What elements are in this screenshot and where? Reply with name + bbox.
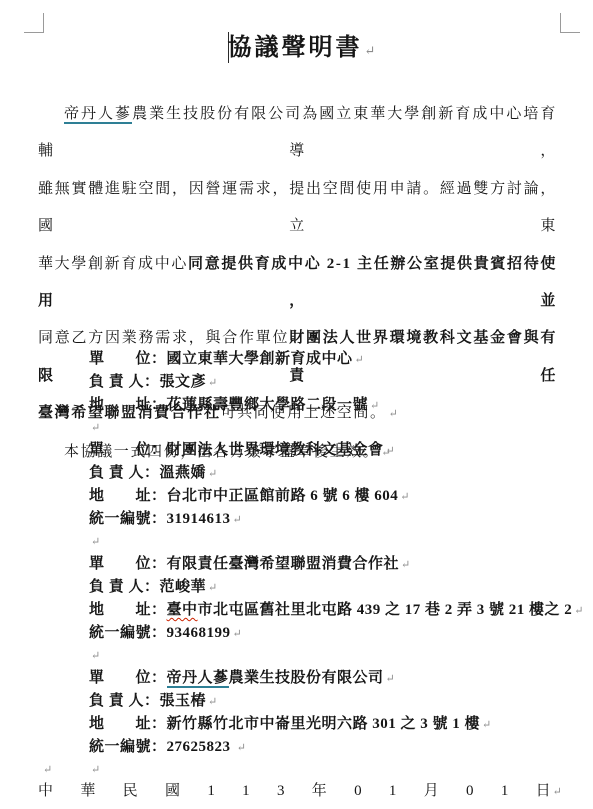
taxid-value: 93468199 xyxy=(167,625,231,641)
paragraph-mark-icon: ↵ xyxy=(368,400,379,412)
person-value: 范峻華 xyxy=(160,579,207,595)
address-value: 花蓮縣壽豐鄉大學路二段一號 xyxy=(167,397,369,413)
person-label: 負 責 人： xyxy=(89,374,160,390)
taxid-value: 27625823 xyxy=(167,739,235,755)
paragraph-mark-icon: ↵ xyxy=(89,650,100,662)
paragraph-mark-icon: ↵ xyxy=(231,628,242,640)
paragraph-mark-icon: ↵ xyxy=(353,354,364,366)
party2-taxid-row: 統一編號：31914613↵ xyxy=(89,509,584,532)
paragraph-text: 同意乙方因業務需求，與合作單位 xyxy=(38,330,289,346)
address-label: 地 址： xyxy=(89,488,167,504)
party4-person-row: 負 責 人：張玉椿↵ xyxy=(89,691,584,714)
unit-label: 單 位： xyxy=(89,556,167,572)
taxid-label: 統一編號： xyxy=(89,511,167,527)
paragraph-text: 華大學創新育成中心 xyxy=(38,256,188,272)
party2-address-row: 地 址：台北市中正區館前路 6 號 6 樓 604↵ xyxy=(89,486,584,509)
party3-unit-row: 單 位：有限責任臺灣希望聯盟消費合作社↵ xyxy=(89,554,584,577)
address-label: 地 址： xyxy=(89,602,167,618)
paragraph-mark-icon: ↵ xyxy=(206,468,217,480)
unit-label: 單 位： xyxy=(89,670,167,686)
margin-corner-mark-top-right xyxy=(560,13,580,33)
party4-unit-row: 單 位：帝丹人蔘農業生技股份有限公司↵ xyxy=(89,668,584,691)
paragraph-mark-icon: ↵ xyxy=(235,742,246,754)
paragraph-mark-icon: ↵ xyxy=(231,514,242,526)
paragraph-mark-icon: ↵ xyxy=(398,491,409,503)
paragraph-mark-icon: ↵ xyxy=(206,696,217,708)
address-value: 市北屯區舊社里北屯路 439 之 17 巷 2 弄 3 號 21 樓之 2 xyxy=(198,602,573,618)
party1-person-row: 負 責 人：張文彥↵ xyxy=(89,372,584,395)
address-value: 台北市中正區館前路 6 號 6 樓 604 xyxy=(167,488,399,504)
address-label: 地 址： xyxy=(89,716,167,732)
party1-unit-row: 單 位：國立東華大學創新育成中心↵ xyxy=(89,349,584,372)
unit-value: 國立東華大學創新育成中心 xyxy=(167,351,353,367)
party3-taxid-row: 統一編號：93468199↵ xyxy=(89,623,584,646)
paragraph-mark-icon: ↵ xyxy=(572,605,583,617)
person-label: 負 責 人： xyxy=(89,465,160,481)
company-link[interactable]: 帝丹人蔘 xyxy=(167,670,229,688)
company-link[interactable]: 帝丹人蔘 xyxy=(64,106,132,124)
date-token: 0 xyxy=(466,783,474,800)
paragraph1-line2: 雖無實體進駐空間，因營運需求，提出空間使用申請。經過雙方討論，國立東 xyxy=(38,171,557,246)
date-token: 1 xyxy=(207,783,215,800)
taxid-label: 統一編號： xyxy=(89,625,167,641)
date-token: 年 xyxy=(312,779,327,800)
person-label: 負 責 人： xyxy=(89,693,160,709)
unit-label: 單 位： xyxy=(89,351,167,367)
paragraph-mark-icon: ↵ xyxy=(363,43,376,58)
party4-address-row: 地 址：新竹縣竹北市中崙里光明六路 301 之 3 號 1 樓↵ xyxy=(89,714,584,737)
date-token: 日 xyxy=(536,783,551,799)
unit-value: 財團法人世界環境教科文基金會 xyxy=(167,442,384,458)
margin-corner-mark-top-left xyxy=(24,13,44,33)
date-token: 1 xyxy=(242,783,250,800)
date-token: 中 xyxy=(38,779,53,800)
party3-person-row: 負 責 人：范峻華↵ xyxy=(89,577,584,600)
unit-value: 有限責任臺灣希望聯盟消費合作社 xyxy=(167,556,400,572)
person-value: 溫燕嬌 xyxy=(160,465,207,481)
date-token: 國 xyxy=(165,779,180,800)
address-value: 新竹縣竹北市中崙里光明六路 301 之 3 號 1 樓 xyxy=(167,716,481,732)
party2-person-row: 負 責 人：溫燕嬌↵ xyxy=(89,463,584,486)
party3-address-row: 地 址：臺中市北屯區舊社里北屯路 439 之 17 巷 2 弄 3 號 21 樓… xyxy=(89,600,584,623)
party1-address-row: 地 址：花蓮縣壽豐鄉大學路二段一號↵ xyxy=(89,395,584,418)
date-token: 1 xyxy=(389,783,397,800)
document-page: 協議聲明書↵ 帝丹人蔘農業生技股份有限公司為國立東華大學創新育成中心培育輔導， … xyxy=(0,0,593,809)
unit-value: 農業生技股份有限公司 xyxy=(229,670,384,686)
date-token: 月 xyxy=(424,779,439,800)
date-token: 1 xyxy=(501,783,509,800)
blank-line: ↵ xyxy=(89,531,584,554)
date-token: 0 xyxy=(354,783,362,800)
spellcheck-marked-text: 臺中 xyxy=(167,602,198,618)
paragraph-mark-icon: ↵ xyxy=(384,673,395,685)
party4-taxid-row: 統一編號：27625823 ↵ xyxy=(89,737,584,760)
document-title: 協議聲明書↵ xyxy=(43,27,560,62)
paragraph1-line3: 華大學創新育成中心同意提供育成中心 2-1 主任辦公室提供貴賓招待使用，並 xyxy=(38,246,557,321)
date-token: 華 xyxy=(80,779,95,800)
paragraph-mark-icon: ↵ xyxy=(89,764,100,776)
date-token-last: 日↵ xyxy=(536,779,562,800)
address-label: 地 址： xyxy=(89,397,167,413)
person-value: 張文彥 xyxy=(160,374,207,390)
paragraph-mark-icon: ↵ xyxy=(41,763,52,776)
taxid-label: 統一編號： xyxy=(89,739,167,755)
paragraph-mark-icon: ↵ xyxy=(551,786,562,798)
signatory-list: 單 位：國立東華大學創新育成中心↵ 負 責 人：張文彥↵ 地 址：花蓮縣壽豐鄉大… xyxy=(89,349,584,782)
title-text: 協議聲明書 xyxy=(228,35,363,61)
paragraph-mark-icon: ↵ xyxy=(480,719,491,731)
paragraph-text: 雖無實體進駐空間，因營運需求，提出空間使用申請。經過雙方討論，國立東 xyxy=(38,181,557,234)
paragraph-mark-icon: ↵ xyxy=(41,331,52,344)
blank-line: ↵ xyxy=(89,417,584,440)
date-token: 民 xyxy=(123,779,138,800)
party2-unit-row: 單 位：財團法人世界環境教科文基金會↵ xyxy=(89,440,584,463)
person-value: 張玉椿 xyxy=(160,693,207,709)
paragraph-mark-icon: ↵ xyxy=(206,582,217,594)
date-token: 3 xyxy=(277,783,285,800)
paragraph1-line1: 帝丹人蔘農業生技股份有限公司為國立東華大學創新育成中心培育輔導， xyxy=(38,96,557,171)
blank-line: ↵ xyxy=(89,645,584,668)
paragraph-mark-icon: ↵ xyxy=(206,377,217,389)
paragraph-mark-icon: ↵ xyxy=(89,536,100,548)
unit-label: 單 位： xyxy=(89,442,167,458)
paragraph-mark-icon: ↵ xyxy=(384,445,395,457)
person-label: 負 責 人： xyxy=(89,579,160,595)
paragraph-mark-icon: ↵ xyxy=(89,422,100,434)
taxid-value: 31914613 xyxy=(167,511,231,527)
roc-date-line: 中 華 民 國 1 1 3 年 0 1 月 0 1 日↵ xyxy=(38,779,562,800)
paragraph-mark-icon: ↵ xyxy=(399,559,410,571)
